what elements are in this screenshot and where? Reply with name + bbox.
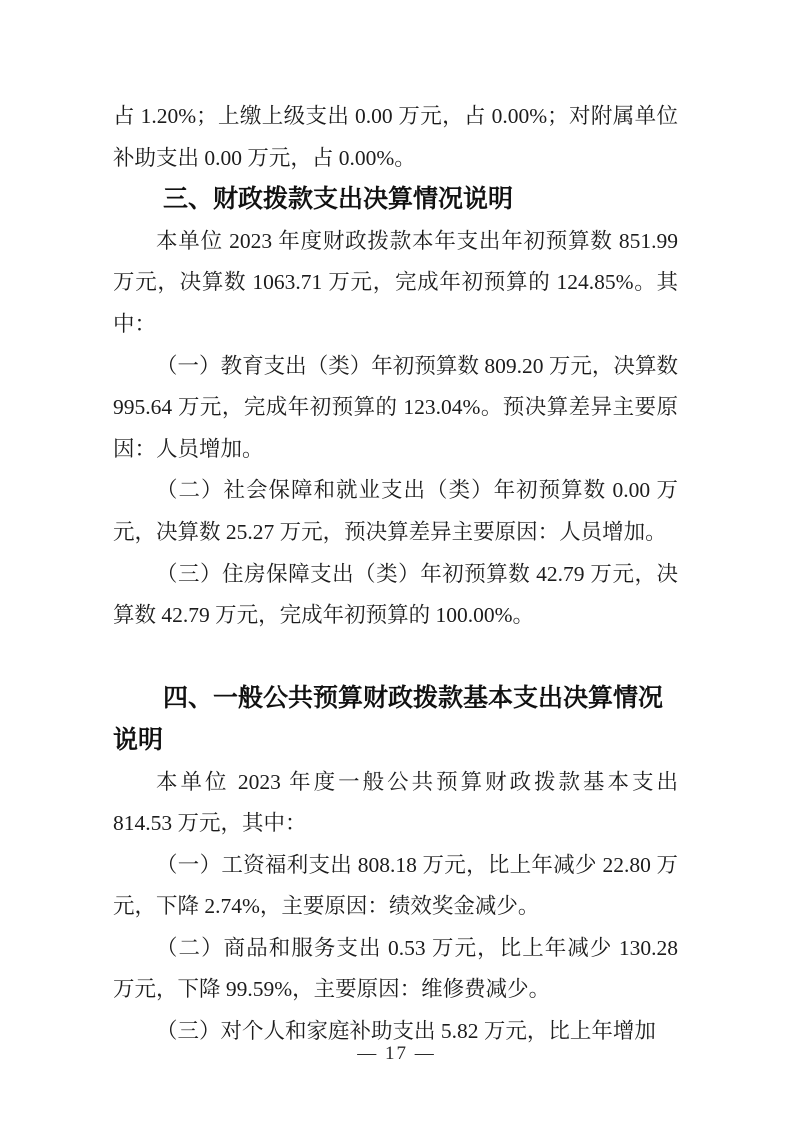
paragraph-goods-services-expenditure: （二）商品和服务支出 0.53 万元，比上年减少 130.28 万元，下降 99…	[113, 928, 678, 1011]
paragraph-fiscal-appropriation-summary: 本单位 2023 年度财政拨款本年支出年初预算数 851.99 万元，决算数 1…	[113, 221, 678, 346]
paragraph-salary-welfare-expenditure: （一）工资福利支出 808.18 万元，比上年减少 22.80 万元，下降 2.…	[113, 845, 678, 928]
paragraph-basic-expenditure-summary: 本单位 2023 年度一般公共预算财政拨款基本支出 814.53 万元，其中：	[113, 762, 678, 845]
document-body: 占 1.20%；上缴上级支出 0.00 万元，占 0.00%；对附属单位补助支出…	[113, 96, 678, 1053]
paragraph-continued-from-previous-page: 占 1.20%；上缴上级支出 0.00 万元，占 0.00%；对附属单位补助支出…	[113, 96, 678, 179]
document-page: 占 1.20%；上缴上级支出 0.00 万元，占 0.00%；对附属单位补助支出…	[0, 0, 793, 1122]
paragraph-social-security-expenditure: （二）社会保障和就业支出（类）年初预算数 0.00 万元，决算数 25.27 万…	[113, 470, 678, 553]
paragraph-education-expenditure: （一）教育支出（类）年初预算数 809.20 万元，决算数 995.64 万元，…	[113, 346, 678, 471]
page-number: — 17 —	[0, 1040, 793, 1068]
section-heading-four: 四、一般公共预算财政拨款基本支出决算情况说明	[113, 678, 678, 761]
paragraph-housing-security-expenditure: （三）住房保障支出（类）年初预算数 42.79 万元，决算数 42.79 万元，…	[113, 554, 678, 637]
section-heading-three: 三、财政拨款支出决算情况说明	[113, 179, 678, 221]
